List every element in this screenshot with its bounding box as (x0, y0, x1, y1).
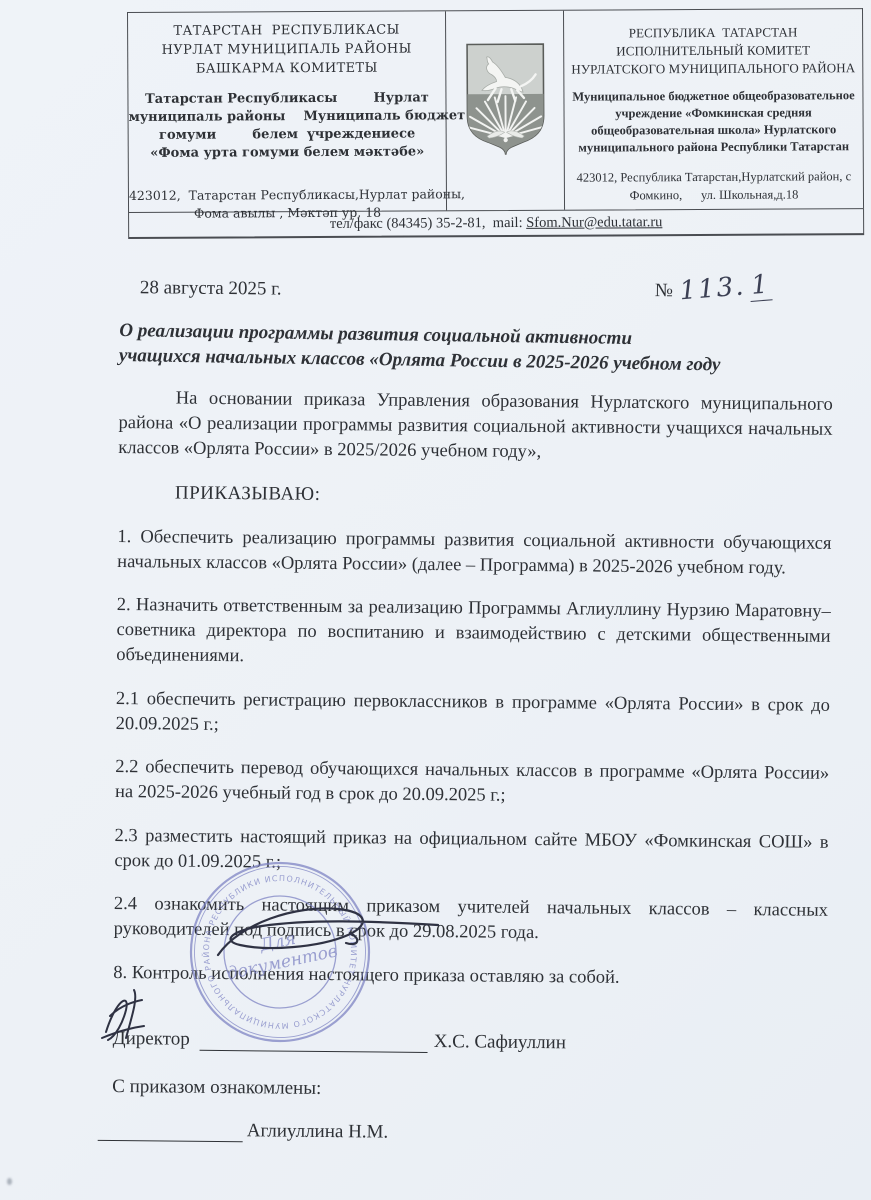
letterhead-table: ТАТАРСТАН РЕСПУБЛИКАСЫ НУРЛАТ МУНИЦИПАЛЬ… (127, 8, 864, 212)
email-text: Sfom.Nur@edu.tatar.ru (526, 214, 662, 232)
order-item: 2.2 обеспечить перевод обучающихся начал… (115, 755, 829, 812)
letterhead-left-tatar: ТАТАРСТАН РЕСПУБЛИКАСЫ НУРЛАТ МУНИЦИПАЛЬ… (128, 11, 447, 212)
org-caps-line: ИСПОЛНИТЕЛЬНЫЙ КОМИТЕТ (564, 41, 862, 61)
letterhead-emblem-cell (446, 11, 565, 211)
scan-speck (7, 1178, 12, 1185)
org-caps-line: ТАТАРСТАН РЕСПУБЛИКАСЫ (128, 20, 445, 41)
acknowledged-name: Аглиуллина Н.М. (247, 1116, 389, 1147)
signature-line (98, 1112, 243, 1141)
order-title: О реализации программы развития социальн… (119, 318, 834, 379)
coat-of-arms-icon (462, 39, 549, 157)
signature-icon (200, 893, 445, 973)
acknowledged-label: С приказом ознакомлены: (112, 1073, 826, 1105)
signature-icon (96, 986, 188, 1046)
phone-fax-text: тел/факс (84345) 35-2-81, mail: (330, 214, 526, 232)
org-name-russian: Муниципальное бюджетное общеобразователь… (564, 87, 862, 157)
director-signature-stroke (200, 893, 445, 978)
handwritten-number: 113.1 (679, 270, 773, 305)
address-russian: 423012, Республика Татарстан,Нурлатский … (565, 167, 863, 205)
order-item: 2. Назначить ответственным за реализацию… (116, 593, 831, 675)
org-caps-line: НУРЛАТ МУНИЦИПАЛЬ РАЙОНЫ (128, 39, 445, 60)
director-name: Х.С. Сафиуллин (434, 1027, 566, 1058)
intro-paragraph: На основании приказа Управления образова… (118, 386, 833, 468)
order-number: № 113.1 (655, 277, 774, 306)
order-date: 28 августа 2025 г. (140, 277, 282, 299)
acknowledged-signature-stroke (96, 986, 188, 1051)
order-item: 1. Обеспечить реализацию программы разви… (117, 524, 831, 581)
acknowledged-signature-row: Аглиуллина Н.М. (112, 1112, 826, 1151)
letterhead-right-russian: РЕСПУБЛИКА ТАТАРСТАН ИСПОЛНИТЕЛЬНЫЙ КОМИ… (564, 9, 863, 210)
org-caps-line: НУРЛАТСКОГО МУНИЦИПАЛЬНОГО РАЙОНА (564, 59, 862, 79)
org-name-tatar: Татарстан Республикасы Нурлат муниципаль… (128, 89, 445, 163)
org-caps-line: РЕСПУБЛИКА ТАТАРСТАН (564, 23, 862, 43)
order-keyword: ПРИКАЗЫВАЮ: (118, 479, 832, 512)
scanned-order-document: ТАТАРСТАН РЕСПУБЛИКАСЫ НУРЛАТ МУНИЦИПАЛЬ… (0, 0, 871, 1200)
number-sign: № (655, 277, 673, 305)
org-caps-line: БАШКАРМА КОМИТЕТЫ (128, 58, 445, 79)
letterhead: ТАТАРСТАН РЕСПУБЛИКАСЫ НУРЛАТ МУНИЦИПАЛЬ… (127, 8, 864, 239)
order-item: 2.1 обеспечить регистрацию первоклассник… (116, 686, 830, 743)
date-number-row: 28 августа 2025 г. № 113.1 (120, 274, 834, 309)
